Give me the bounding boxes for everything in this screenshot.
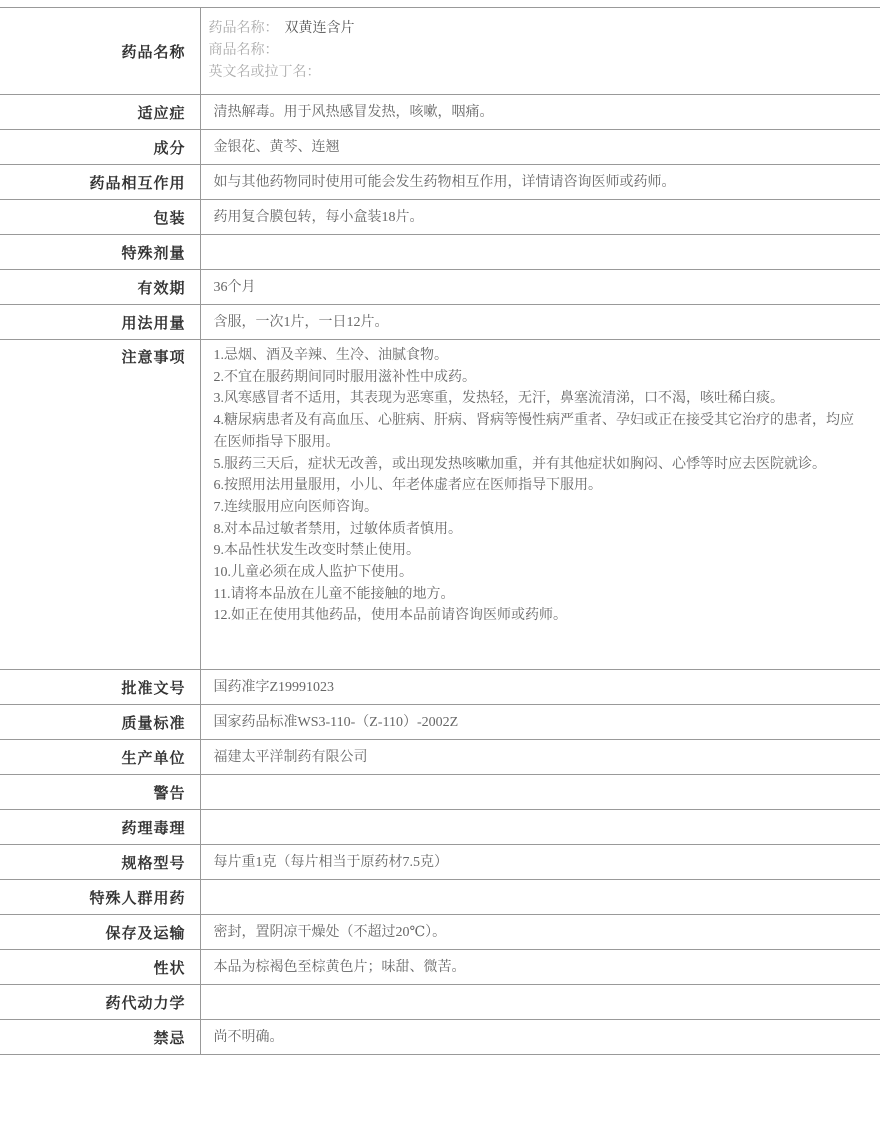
quality-standard-label: 质量标准 <box>0 705 200 740</box>
specification-label: 规格型号 <box>0 845 200 880</box>
warning-label: 警告 <box>0 775 200 810</box>
pharmacology-toxicology-value <box>200 810 880 845</box>
ingredients-value: 金银花、黄芩、连翘 <box>200 130 880 165</box>
row-manufacturer: 生产单位 福建太平洋制药有限公司 <box>0 740 880 775</box>
ingredients-label: 成分 <box>0 130 200 165</box>
row-storage-transport: 保存及运输 密封，置阴凉干燥处（不超过20℃）。 <box>0 915 880 950</box>
precaution-item: 6.按照用法用量服用，小儿、年老体虚者应在医师指导下服用。 <box>214 475 862 497</box>
shelf-life-value: 36个月 <box>200 270 880 305</box>
row-quality-standard: 质量标准 国家药品标准WS3-110-（Z-110）-2002Z <box>0 705 880 740</box>
precaution-item: 9.本品性状发生改变时禁止使用。 <box>214 540 862 562</box>
warning-value <box>200 775 880 810</box>
quality-standard-value: 国家药品标准WS3-110-（Z-110）-2002Z <box>200 705 880 740</box>
row-warning: 警告 <box>0 775 880 810</box>
precaution-item: 1.忌烟、酒及辛辣、生冷、油腻食物。 <box>214 345 862 367</box>
dosage-usage-label: 用法用量 <box>0 305 200 340</box>
drug-name-field-prefix: 药品名称： <box>209 21 279 36</box>
english-name-field-prefix: 英文名或拉丁名： <box>209 65 321 80</box>
drug-interactions-label: 药品相互作用 <box>0 165 200 200</box>
drug-name-field-value: 双黄连含片 <box>285 21 355 36</box>
shelf-life-label: 有效期 <box>0 270 200 305</box>
trade-name-line: 商品名称： <box>209 40 869 62</box>
precaution-item: 10.儿童必须在成人监护下使用。 <box>214 562 862 584</box>
row-special-populations: 特殊人群用药 <box>0 880 880 915</box>
drug-interactions-value: 如与其他药物同时使用可能会发生药物相互作用，详情请咨询医师或药师。 <box>200 165 880 200</box>
drug-name-value-cell: 药品名称：双黄连含片 商品名称： 英文名或拉丁名： <box>200 8 880 95</box>
row-precautions: 注意事项 1.忌烟、酒及辛辣、生冷、油腻食物。 2.不宜在服药期间同时服用滋补性… <box>0 340 880 670</box>
packaging-label: 包装 <box>0 200 200 235</box>
indication-label: 适应症 <box>0 95 200 130</box>
row-pharmacology-toxicology: 药理毒理 <box>0 810 880 845</box>
packaging-value: 药用复合膜包转，每小盒装18片。 <box>200 200 880 235</box>
drug-info-page: 药品名称 药品名称：双黄连含片 商品名称： 英文名或拉丁名： 适应症 清热解毒。… <box>0 0 880 1055</box>
precautions-list: 1.忌烟、酒及辛辣、生冷、油腻食物。 2.不宜在服药期间同时服用滋补性中成药。 … <box>214 345 862 627</box>
special-dosage-value <box>200 235 880 270</box>
approval-number-label: 批准文号 <box>0 670 200 705</box>
dosage-usage-value: 含服，一次1片，一日12片。 <box>200 305 880 340</box>
row-packaging: 包装 药用复合膜包转，每小盒装18片。 <box>0 200 880 235</box>
precautions-value: 1.忌烟、酒及辛辣、生冷、油腻食物。 2.不宜在服药期间同时服用滋补性中成药。 … <box>200 340 880 670</box>
precaution-item: 11.请将本品放在儿童不能接触的地方。 <box>214 584 862 606</box>
row-drug-interactions: 药品相互作用 如与其他药物同时使用可能会发生药物相互作用，详情请咨询医师或药师。 <box>0 165 880 200</box>
row-ingredients: 成分 金银花、黄芩、连翘 <box>0 130 880 165</box>
pharmacokinetics-value <box>200 985 880 1020</box>
drug-name-line: 药品名称：双黄连含片 <box>209 18 869 40</box>
row-shelf-life: 有效期 36个月 <box>0 270 880 305</box>
row-description: 性状 本品为棕褐色至棕黄色片；味甜、微苦。 <box>0 950 880 985</box>
precaution-item: 5.服药三天后，症状无改善，或出现发热咳嗽加重，并有其他症状如胸闷、心悸等时应去… <box>214 454 862 476</box>
approval-number-value: 国药准字Z19991023 <box>200 670 880 705</box>
precaution-item: 7.连续服用应向医师咨询。 <box>214 497 862 519</box>
english-name-line: 英文名或拉丁名： <box>209 62 869 84</box>
manufacturer-label: 生产单位 <box>0 740 200 775</box>
precaution-item: 2.不宜在服药期间同时服用滋补性中成药。 <box>214 367 862 389</box>
drug-name-label: 药品名称 <box>0 8 200 95</box>
precaution-item: 3.风寒感冒者不适用，其表现为恶寒重，发热轻，无汗，鼻塞流清涕，口不渴，咳吐稀白… <box>214 388 862 410</box>
specification-value: 每片重1克（每片相当于原药材7.5克） <box>200 845 880 880</box>
description-value: 本品为棕褐色至棕黄色片；味甜、微苦。 <box>200 950 880 985</box>
row-pharmacokinetics: 药代动力学 <box>0 985 880 1020</box>
row-dosage-usage: 用法用量 含服，一次1片，一日12片。 <box>0 305 880 340</box>
manufacturer-value: 福建太平洋制药有限公司 <box>200 740 880 775</box>
drug-info-table: 药品名称 药品名称：双黄连含片 商品名称： 英文名或拉丁名： 适应症 清热解毒。… <box>0 7 880 1055</box>
contraindication-label: 禁忌 <box>0 1020 200 1055</box>
special-populations-value <box>200 880 880 915</box>
precaution-item: 4.糖尿病患者及有高血压、心脏病、肝病、肾病等慢性病严重者、孕妇或正在接受其它治… <box>214 410 862 453</box>
row-approval-number: 批准文号 国药准字Z19991023 <box>0 670 880 705</box>
pharmacology-toxicology-label: 药理毒理 <box>0 810 200 845</box>
row-special-dosage: 特殊剂量 <box>0 235 880 270</box>
storage-transport-value: 密封，置阴凉干燥处（不超过20℃）。 <box>200 915 880 950</box>
special-dosage-label: 特殊剂量 <box>0 235 200 270</box>
pharmacokinetics-label: 药代动力学 <box>0 985 200 1020</box>
row-contraindication: 禁忌 尚不明确。 <box>0 1020 880 1055</box>
special-populations-label: 特殊人群用药 <box>0 880 200 915</box>
precaution-item: 8.对本品过敏者禁用，过敏体质者慎用。 <box>214 519 862 541</box>
trade-name-field-prefix: 商品名称： <box>209 43 279 58</box>
indication-value: 清热解毒。用于风热感冒发热，咳嗽，咽痛。 <box>200 95 880 130</box>
description-label: 性状 <box>0 950 200 985</box>
storage-transport-label: 保存及运输 <box>0 915 200 950</box>
precaution-item: 12.如正在使用其他药品，使用本品前请咨询医师或药师。 <box>214 605 862 627</box>
row-drug-name: 药品名称 药品名称：双黄连含片 商品名称： 英文名或拉丁名： <box>0 8 880 95</box>
precautions-label: 注意事项 <box>0 340 200 670</box>
row-indication: 适应症 清热解毒。用于风热感冒发热，咳嗽，咽痛。 <box>0 95 880 130</box>
contraindication-value: 尚不明确。 <box>200 1020 880 1055</box>
row-specification: 规格型号 每片重1克（每片相当于原药材7.5克） <box>0 845 880 880</box>
